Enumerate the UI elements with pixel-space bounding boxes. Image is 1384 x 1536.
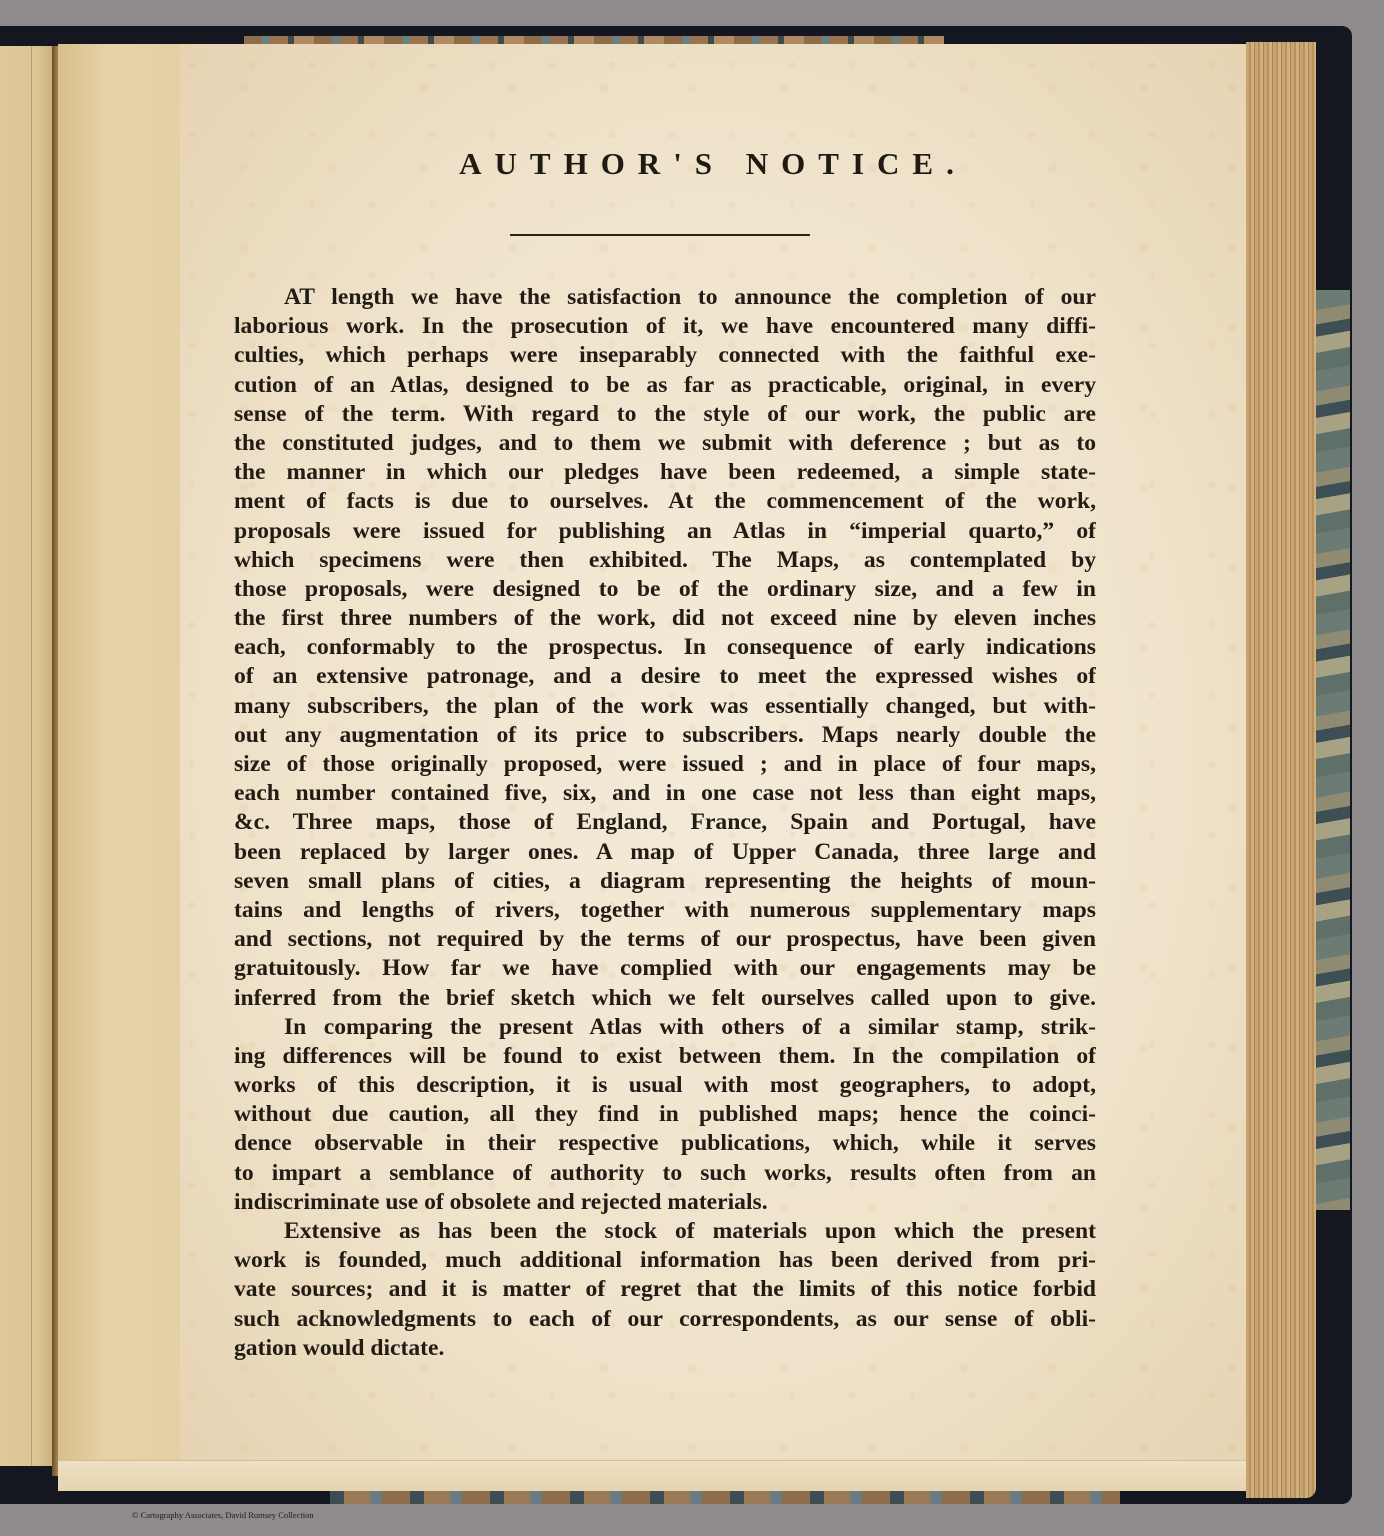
marbled-edge-right — [1316, 290, 1350, 1210]
text-line: tains and lengths of rivers, together wi… — [234, 896, 1096, 925]
page-bottom-edge — [58, 1460, 1258, 1491]
page-fore-edge — [1246, 42, 1316, 1498]
text-line: and sections, not required by the terms … — [234, 925, 1096, 954]
text-line: each, conformably to the prospectus. In … — [234, 633, 1096, 662]
text-line: gation would dictate. — [234, 1334, 1096, 1363]
copyright-credit: © Cartography Associates, David Rumsey C… — [132, 1510, 314, 1520]
notice-body: AT length we have the satisfaction to an… — [234, 283, 1096, 1363]
text-line: indiscriminate use of obsolete and rejec… — [234, 1188, 1096, 1217]
text-line: sense of the term. With regard to the st… — [234, 400, 1096, 429]
text-line: works of this description, it is usual w… — [234, 1071, 1096, 1100]
text-line: inferred from the brief sketch which we … — [234, 984, 1096, 1013]
text-line: ing differences will be found to exist b… — [234, 1042, 1096, 1071]
text-line: which specimens were then exhibited. The… — [234, 546, 1096, 575]
title-rule — [510, 234, 810, 236]
text-line: Extensive as has been the stock of mater… — [234, 1217, 1096, 1246]
text-line: the manner in which our pledges have bee… — [234, 458, 1096, 487]
text-line: without due caution, all they find in pu… — [234, 1100, 1096, 1129]
text-line: the constituted judges, and to them we s… — [234, 429, 1096, 458]
text-line: of an extensive patronage, and a desire … — [234, 662, 1096, 691]
text-line: &c. Three maps, those of England, France… — [234, 808, 1096, 837]
left-flyleaf-fold — [31, 46, 32, 1466]
left-flyleaf — [0, 46, 53, 1466]
text-line: work is founded, much additional informa… — [234, 1246, 1096, 1275]
text-line: seven small plans of cities, a diagram r… — [234, 867, 1096, 896]
text-line: ment of facts is due to ourselves. At th… — [234, 487, 1096, 516]
page-title: AUTHOR'S NOTICE. — [180, 146, 1246, 182]
text-line: AT length we have the satisfaction to an… — [234, 283, 1096, 312]
text-line: such acknowledgments to each of our corr… — [234, 1305, 1096, 1334]
text-line: those proposals, were designed to be of … — [234, 575, 1096, 604]
text-line: size of those originally proposed, were … — [234, 750, 1096, 779]
text-line: been replaced by larger ones. A map of U… — [234, 838, 1096, 867]
text-line: proposals were issued for publishing an … — [234, 517, 1096, 546]
left-page — [58, 44, 182, 1484]
text-line: the first three numbers of the work, did… — [234, 604, 1096, 633]
text-line: to impart a semblance of authority to su… — [234, 1159, 1096, 1188]
text-line: In comparing the present Atlas with othe… — [234, 1013, 1096, 1042]
text-line: laborious work. In the prosecution of it… — [234, 312, 1096, 341]
text-line: gratuitously. How far we have complied w… — [234, 954, 1096, 983]
marbled-edge-bottom — [330, 1490, 1120, 1504]
text-line: cution of an Atlas, designed to be as fa… — [234, 371, 1096, 400]
text-line: vate sources; and it is matter of regret… — [234, 1275, 1096, 1304]
text-line: culties, which perhaps were inseparably … — [234, 341, 1096, 370]
text-line: dence observable in their respective pub… — [234, 1129, 1096, 1158]
text-line: each number contained five, six, and in … — [234, 779, 1096, 808]
text-line: out any augmentation of its price to sub… — [234, 721, 1096, 750]
text-line: many subscribers, the plan of the work w… — [234, 692, 1096, 721]
